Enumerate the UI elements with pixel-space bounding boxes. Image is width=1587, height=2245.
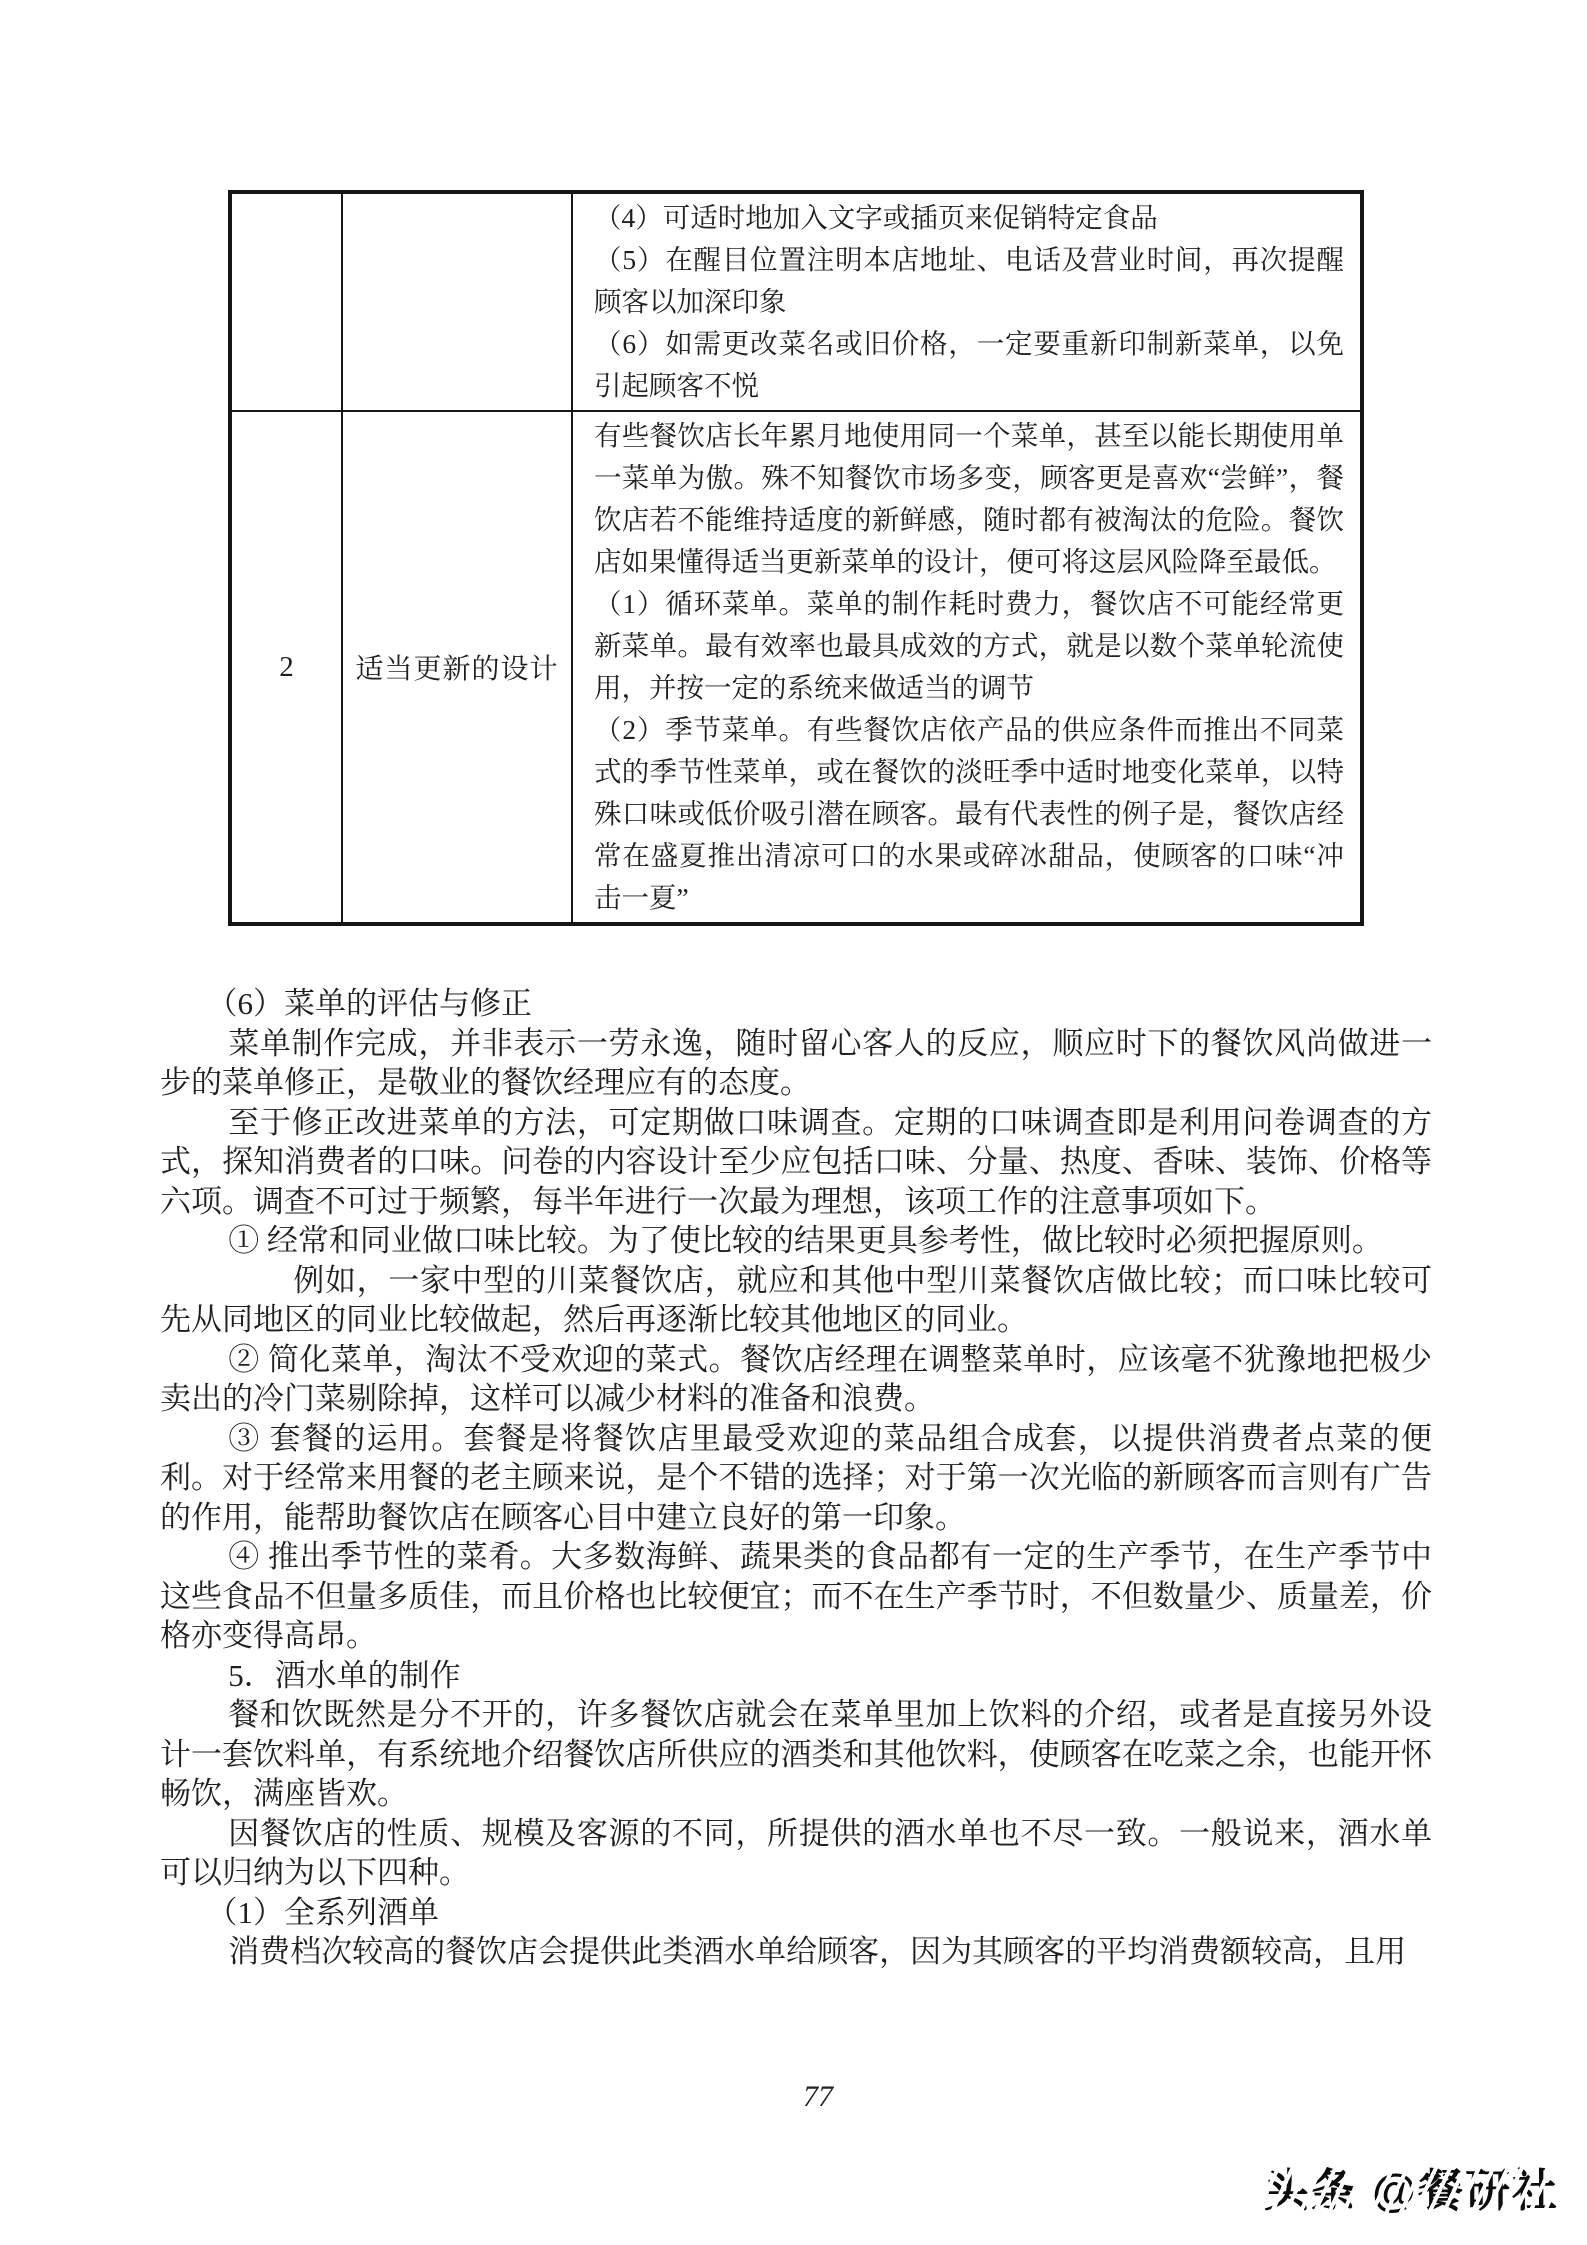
paragraph: 因餐饮店的性质、规模及客源的不同，所提供的酒水单也不尽一致。一般说来，酒水单可以… [160,1814,1432,1893]
menu-design-table: （4）可适时地加入文字或插页来促销特定食品 （5）在醒目位置注明本店地址、电话及… [228,190,1364,926]
document-page: （4）可适时地加入文字或插页来促销特定食品 （5）在醒目位置注明本店地址、电话及… [0,0,1587,2245]
table-cell-title [342,192,572,411]
table-cell-index [230,192,342,411]
paragraph: 消费档次较高的餐饮店会提供此类酒水单给顾客，因为其顾客的平均消费额较高，且用 [160,1932,1432,1972]
table-cell-details: 有些餐饮店长年累月地使用同一个菜单，甚至以能长期使用单一菜单为傲。殊不知餐饮市场… [572,411,1362,924]
body-text: （6）菜单的评估与修正 菜单制作完成，并非表示一劳永逸，随时留心客人的反应，顺应… [160,984,1432,1972]
section-heading: （1）全系列酒单 [160,1893,1432,1933]
table-cell-title: 适当更新的设计 [342,411,572,924]
table-detail-item: 有些餐饮店长年累月地使用同一个菜单，甚至以能长期使用单一菜单为傲。殊不知餐饮市场… [594,415,1344,583]
paragraph: 餐和饮既然是分不开的，许多餐饮店就会在菜单里加上饮料的介绍，或者是直接另外设计一… [160,1695,1432,1814]
paragraph: 菜单制作完成，并非表示一劳永逸，随时留心客人的反应，顺应时下的餐饮风尚做进一步的… [160,1024,1432,1103]
paragraph: ① 经常和同业做口味比较。为了使比较的结果更具参考性，做比较时必须把握原则。 [160,1221,1432,1261]
table-cell-index: 2 [230,411,342,924]
section-heading: （6）菜单的评估与修正 [160,984,1432,1024]
table-detail-item: （2）季节菜单。有些餐饮店依产品的供应条件而推出不同菜式的季节性菜单，或在餐饮的… [594,709,1344,919]
paragraph: ② 简化菜单，淘汰不受欢迎的菜式。餐饮店经理在调整菜单时，应该毫不犹豫地把极少卖… [160,1340,1432,1419]
table-detail-item: （4）可适时地加入文字或插页来促销特定食品 [594,197,1344,239]
section-heading: 5．酒水单的制作 [160,1656,1432,1696]
table-detail-item: （1）循环菜单。菜单的制作耗时费力，餐饮店不可能经常更新菜单。最有效率也最具成效… [594,583,1344,709]
paragraph: ③ 套餐的运用。套餐是将餐饮店里最受欢迎的菜品组合成套，以提供消费者点菜的便利。… [160,1419,1432,1538]
paragraph: 至于修正改进菜单的方法，可定期做口味调查。定期的口味调查即是利用问卷调查的方式，… [160,1103,1432,1222]
table-detail-item: （6）如需更改菜名或旧价格，一定要重新印制新菜单，以免引起顾客不悦 [594,323,1344,407]
page-number: 77 [803,2080,833,2114]
watermark: 头条 @餐研社 [1264,2154,1559,2219]
paragraph: 例如，一家中型的川菜餐饮店，就应和其他中型川菜餐饮店做比较；而口味比较可先从同地… [160,1261,1432,1340]
table-row: （4）可适时地加入文字或插页来促销特定食品 （5）在醒目位置注明本店地址、电话及… [230,192,1362,411]
table-cell-details: （4）可适时地加入文字或插页来促销特定食品 （5）在醒目位置注明本店地址、电话及… [572,192,1362,411]
paragraph: ④ 推出季节性的菜肴。大多数海鲜、蔬果类的食品都有一定的生产季节，在生产季节中这… [160,1537,1432,1656]
table-row: 2 适当更新的设计 有些餐饮店长年累月地使用同一个菜单，甚至以能长期使用单一菜单… [230,411,1362,924]
table-detail-item: （5）在醒目位置注明本店地址、电话及营业时间，再次提醒顾客以加深印象 [594,239,1344,323]
